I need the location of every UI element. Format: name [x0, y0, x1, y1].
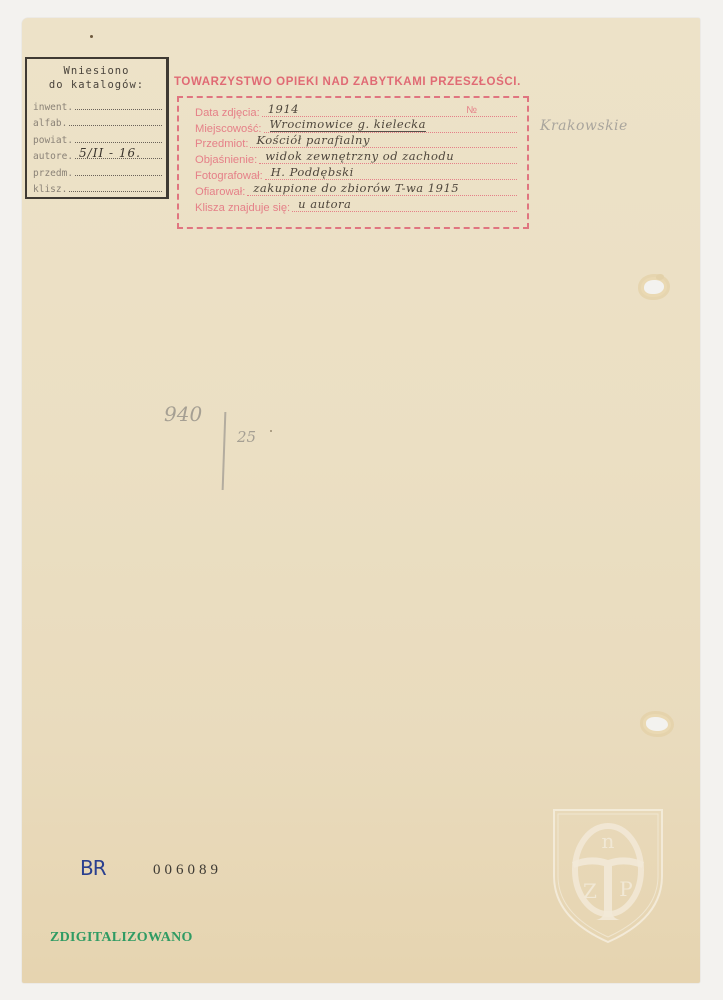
- catalogue-row-label: inwent.: [33, 102, 73, 113]
- field-line: H. Poddębski: [265, 166, 517, 180]
- punch-hole-top: [644, 280, 664, 294]
- field-photographer: Fotografował: H. Poddębski: [195, 166, 517, 182]
- punch-hole-tear: [656, 274, 664, 280]
- catalogue-row-line: 5/II - 16.: [75, 146, 162, 159]
- field-location: Miejscowość: Wrocimowice g. kielecka: [195, 119, 517, 135]
- pencil-catalogue-sub: 25: [237, 428, 256, 446]
- catalogue-row-line: [75, 130, 162, 143]
- catalogue-row-przedm: przedm.: [27, 162, 166, 179]
- field-line: Kościół parafialny: [250, 134, 517, 148]
- field-value: H. Poddębski: [271, 165, 354, 179]
- field-label: Ofiarował:: [195, 186, 245, 198]
- inventory-prefix: BR: [80, 856, 106, 880]
- paper-speck: [270, 430, 272, 432]
- field-line: widok zewnętrzny od zachodu: [259, 150, 517, 164]
- field-value: Kościół parafialny: [256, 133, 369, 147]
- field-value: u autora: [298, 197, 351, 211]
- field-label: Objaśnienie:: [195, 154, 257, 166]
- number-sign: №: [466, 105, 477, 116]
- field-negative-location: Klisza znajduje się: u autora: [195, 198, 517, 214]
- svg-text:Z: Z: [583, 879, 597, 903]
- svg-text:P: P: [619, 877, 632, 901]
- catalogue-row-line: [75, 97, 162, 110]
- catalogue-row-line: [69, 113, 162, 126]
- field-value: zakupione do zbiorów T-wa 1915: [253, 181, 459, 195]
- field-line: zakupione do zbiorów T-wa 1915: [247, 182, 517, 196]
- catalogue-row-label: autore.: [33, 151, 73, 162]
- society-stamp: Data zdjęcia: 1914 № Miejscowość: Wrocim…: [177, 96, 529, 229]
- punch-hole-bottom: [646, 717, 668, 731]
- catalogue-row-label: klisz.: [33, 184, 67, 195]
- catalogue-row-label: przedm.: [33, 168, 73, 179]
- field-value: widok zewnętrzny od zachodu: [265, 149, 454, 163]
- field-line: 1914 №: [262, 103, 517, 117]
- catalogue-row-inwent: inwent.: [27, 96, 166, 113]
- tonzp-emblem-watermark-icon: n Z P: [550, 806, 666, 946]
- catalogue-row-line: [69, 179, 162, 192]
- pencil-divider-stroke: [222, 412, 227, 490]
- field-description: Objaśnienie: widok zewnętrzny od zachodu: [195, 150, 517, 166]
- catalogue-row-powiat: powiat.: [27, 129, 166, 146]
- catalogue-row-line: [75, 163, 162, 176]
- catalogue-row-label: powiat.: [33, 135, 73, 146]
- digitized-stamp: ZDIGITALIZOWANO: [50, 930, 193, 946]
- scan-background: Wniesiono do katalogów: inwent. alfab. p…: [0, 0, 723, 1000]
- field-value: Wrocimowice g. kielecka: [270, 117, 426, 132]
- catalogue-rows: inwent. alfab. powiat. autore. 5/II - 16…: [27, 96, 166, 195]
- society-stamp-header: TOWARZYSTWO OPIEKI NAD ZABYTKAMI PRZESZŁ…: [174, 76, 521, 88]
- field-label: Klisza znajduje się:: [195, 202, 290, 214]
- pencil-region-note: Krakowskie: [540, 118, 628, 134]
- svg-text:n: n: [602, 829, 615, 853]
- catalogue-row-autore: autore. 5/II - 16.: [27, 146, 166, 163]
- field-label: Data zdjęcia:: [195, 107, 260, 119]
- paper-speck: [90, 35, 93, 38]
- field-label: Miejscowość:: [195, 123, 262, 135]
- catalogue-title-line1: Wniesiono: [27, 64, 166, 78]
- catalogue-row-label: alfab.: [33, 118, 67, 129]
- catalogue-row-value: 5/II - 16.: [79, 146, 141, 160]
- catalogue-row-alfab: alfab.: [27, 113, 166, 130]
- catalogue-title-line2: do katalogów:: [27, 78, 166, 92]
- field-line: Wrocimowice g. kielecka: [264, 119, 517, 133]
- pencil-catalogue-number: 940: [164, 402, 202, 426]
- field-value: 1914: [268, 102, 299, 116]
- field-subject: Przedmiot: Kościół parafialny: [195, 135, 517, 151]
- catalogue-stamp: Wniesiono do katalogów: inwent. alfab. p…: [25, 57, 169, 199]
- catalogue-stamp-title: Wniesiono do katalogów:: [27, 64, 166, 92]
- catalogue-row-klisz: klisz.: [27, 179, 166, 196]
- field-line: u autora: [292, 198, 517, 212]
- photo-verso-card: Wniesiono do katalogów: inwent. alfab. p…: [22, 18, 700, 983]
- inventory-number: 006089: [153, 862, 222, 879]
- field-donor: Ofiarował: zakupione do zbiorów T-wa 191…: [195, 182, 517, 198]
- field-label: Przedmiot:: [195, 138, 248, 150]
